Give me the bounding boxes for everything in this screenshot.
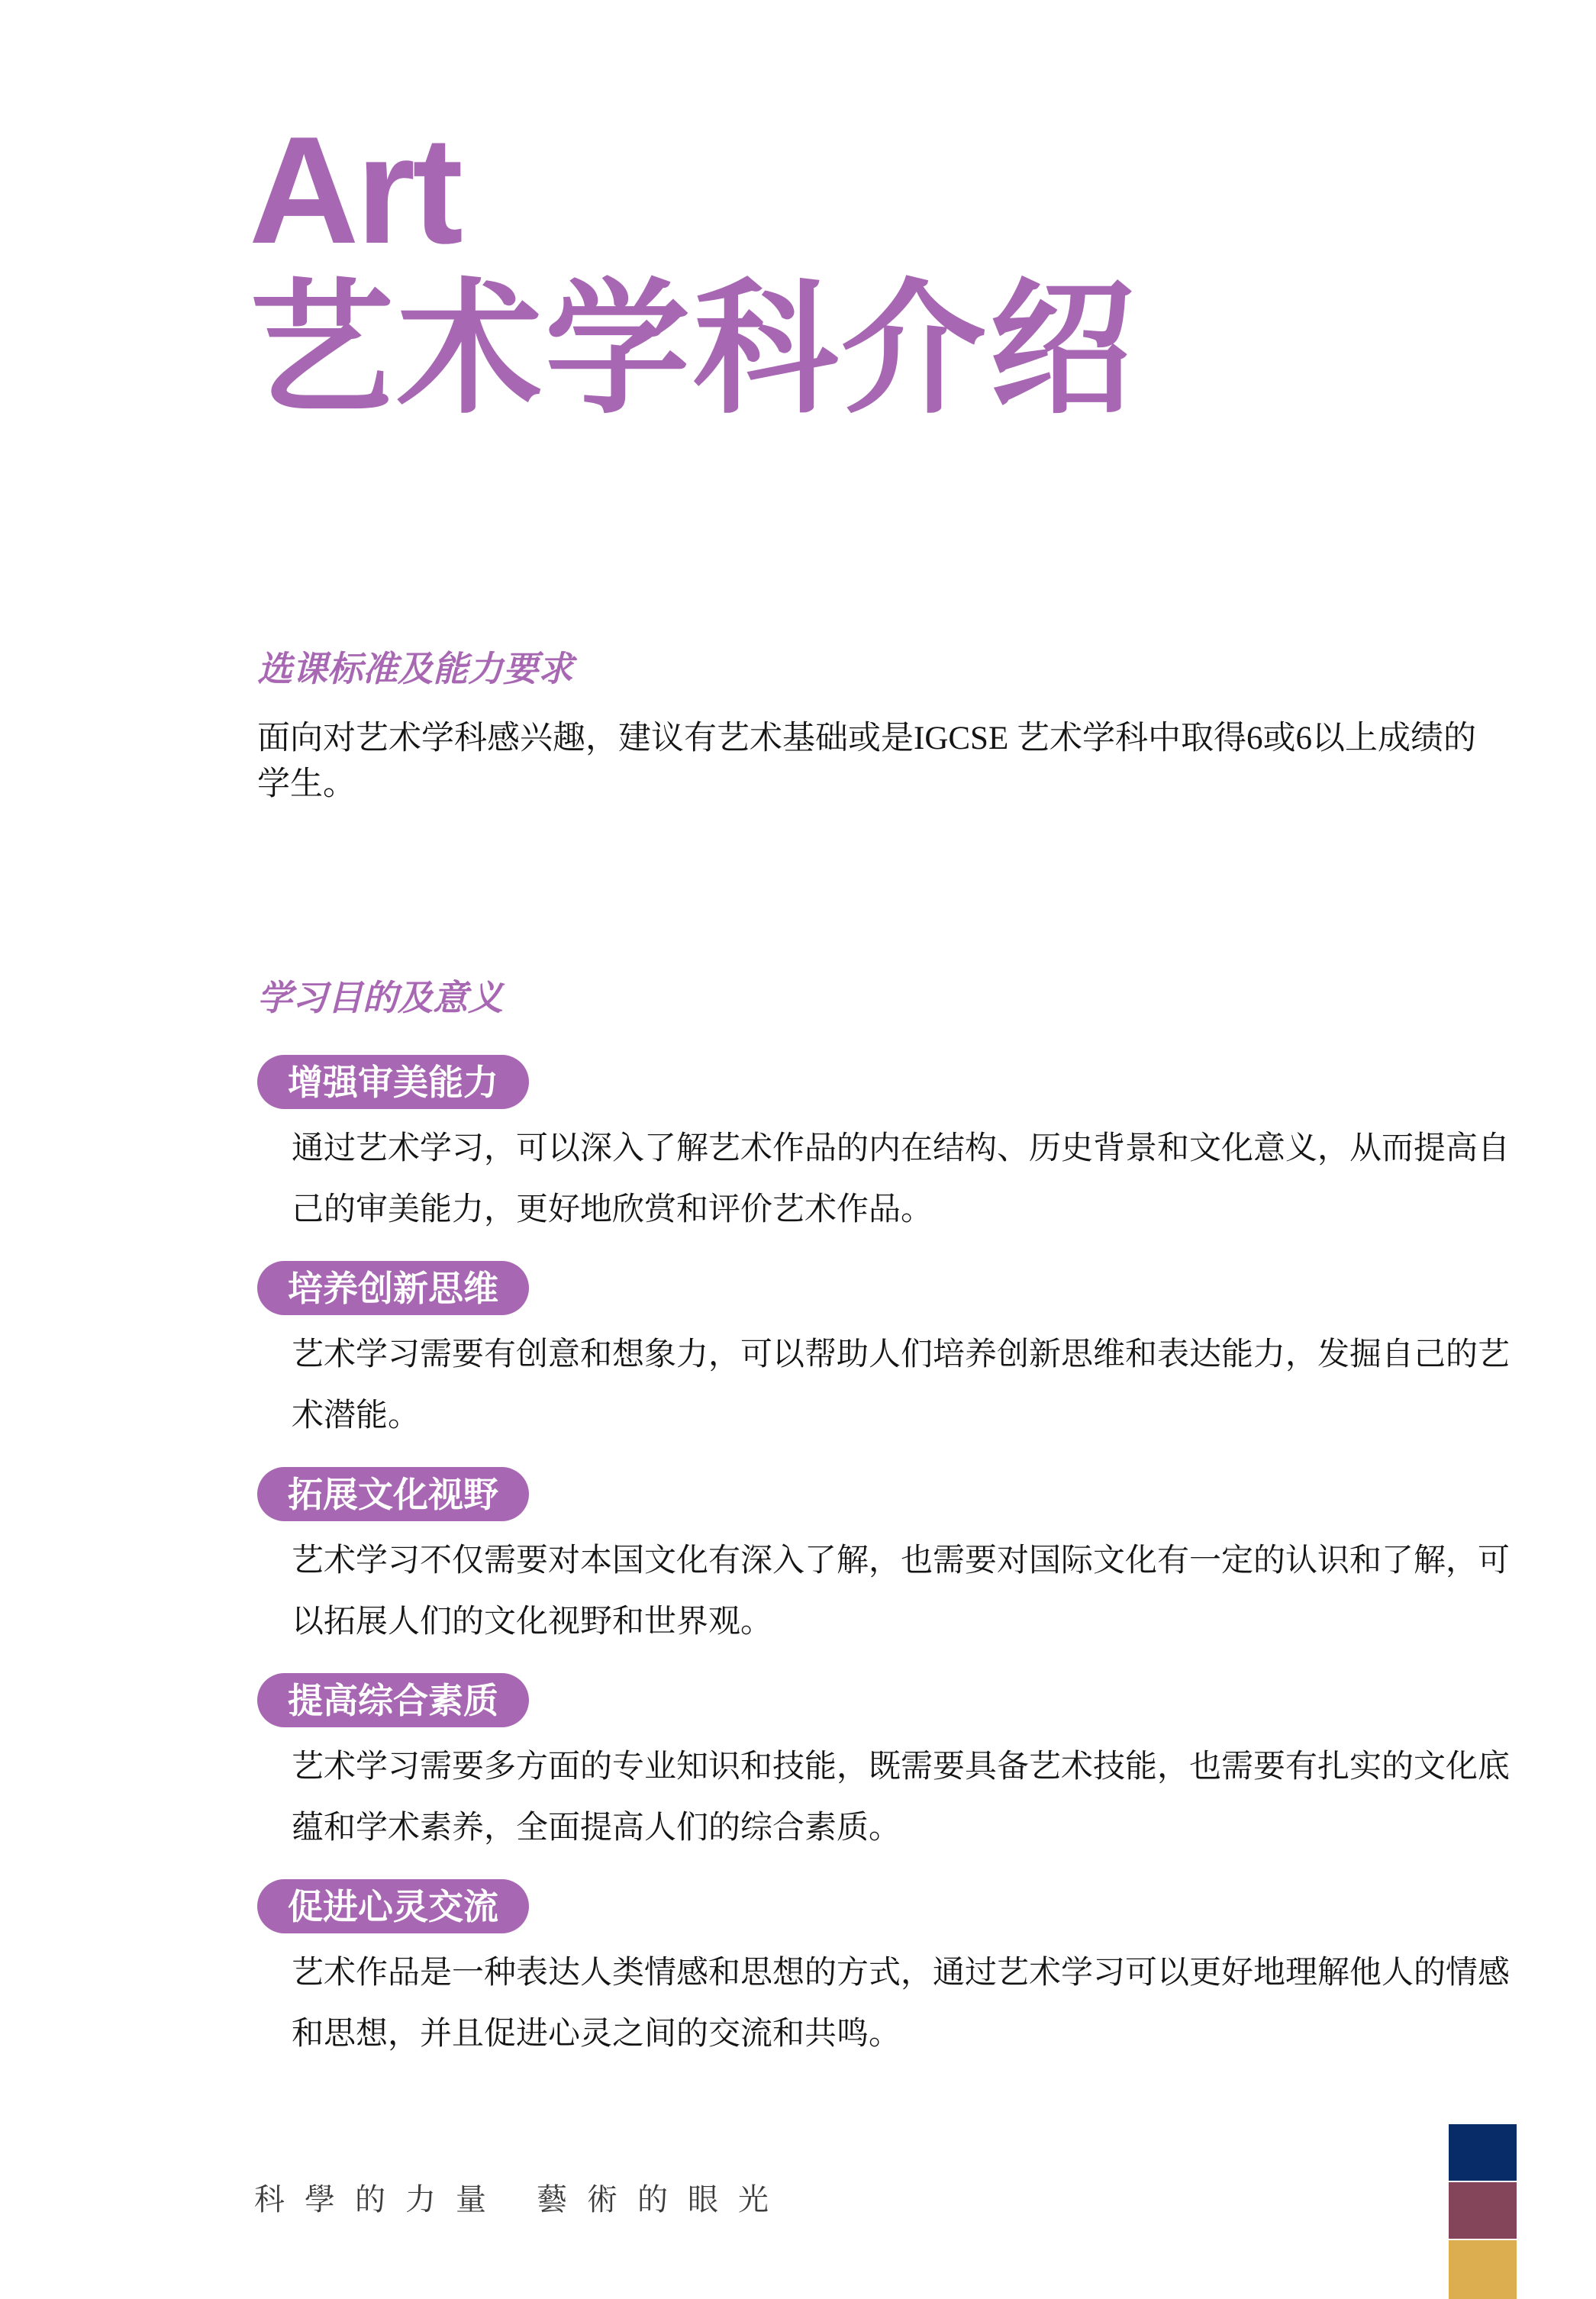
footer-slogan: 科學的力量藝術的眼光: [254, 2175, 788, 2219]
goal-description: 艺术学习需要有创意和想象力，可以帮助人们培养创新思维和表达能力，发掘自己的艺 术…: [292, 1324, 1524, 1446]
goal-label-pill: 促进心灵交流: [257, 1879, 529, 1933]
goal-label-pill: 提高综合素质: [257, 1673, 529, 1727]
mauve-square: [1449, 2182, 1517, 2239]
section-heading-selection-criteria: 选课标准及能力要求: [257, 652, 573, 687]
goal-description: 艺术学习不仅需要对本国文化有深入了解，也需要对国际文化有一定的认识和了解，可 以…: [292, 1530, 1524, 1653]
page-title-chinese: 艺术学科介绍: [249, 273, 1137, 426]
page: Art 艺术学科介绍 选课标准及能力要求 面向对艺术学科感兴趣，建议有艺术基础或…: [0, 0, 1596, 2299]
goal-block-aesthetic: 增强审美能力 通过艺术学习，可以深入了解艺术作品的内在结构、历史背景和文化意义，…: [257, 1055, 1524, 1240]
footer-slogan-right: 藝術的眼光: [537, 2182, 788, 2217]
section-heading-purpose: 学习目的及意义: [257, 981, 503, 1016]
goal-block-cultural-vision: 拓展文化视野 艺术学习不仅需要对本国文化有深入了解，也需要对国际文化有一定的认识…: [257, 1467, 1524, 1653]
navy-square: [1449, 2124, 1517, 2181]
selection-criteria-text: 面向对艺术学科感兴趣，建议有艺术基础或是IGCSE 艺术学科中取得6或6以上成绩…: [257, 716, 1494, 808]
goal-label-pill: 增强审美能力: [257, 1055, 529, 1109]
goal-label-pill: 拓展文化视野: [257, 1467, 529, 1521]
brand-color-squares: [1449, 2124, 1517, 2299]
goal-label-pill: 培养创新思维: [257, 1261, 529, 1315]
yellow-square: [1449, 2240, 1517, 2299]
goal-description: 艺术作品是一种表达人类情感和思想的方式，通过艺术学习可以更好地理解他人的情感 和…: [292, 1943, 1524, 2065]
goal-block-spiritual-communication: 促进心灵交流 艺术作品是一种表达人类情感和思想的方式，通过艺术学习可以更好地理解…: [257, 1879, 1524, 2065]
goal-block-creativity: 培养创新思维 艺术学习需要有创意和想象力，可以帮助人们培养创新思维和表达能力，发…: [257, 1261, 1524, 1446]
goal-description: 通过艺术学习，可以深入了解艺术作品的内在结构、历史背景和文化意义，从而提高自 己…: [292, 1118, 1524, 1240]
footer-slogan-left: 科學的力量: [254, 2182, 506, 2217]
goal-block-comprehensive-quality: 提高综合素质 艺术学习需要多方面的专业知识和技能，既需要具备艺术技能，也需要有扎…: [257, 1673, 1524, 1859]
page-title-english: Art: [249, 114, 460, 267]
goal-description: 艺术学习需要多方面的专业知识和技能，既需要具备艺术技能，也需要有扎实的文化底 蕴…: [292, 1736, 1524, 1859]
